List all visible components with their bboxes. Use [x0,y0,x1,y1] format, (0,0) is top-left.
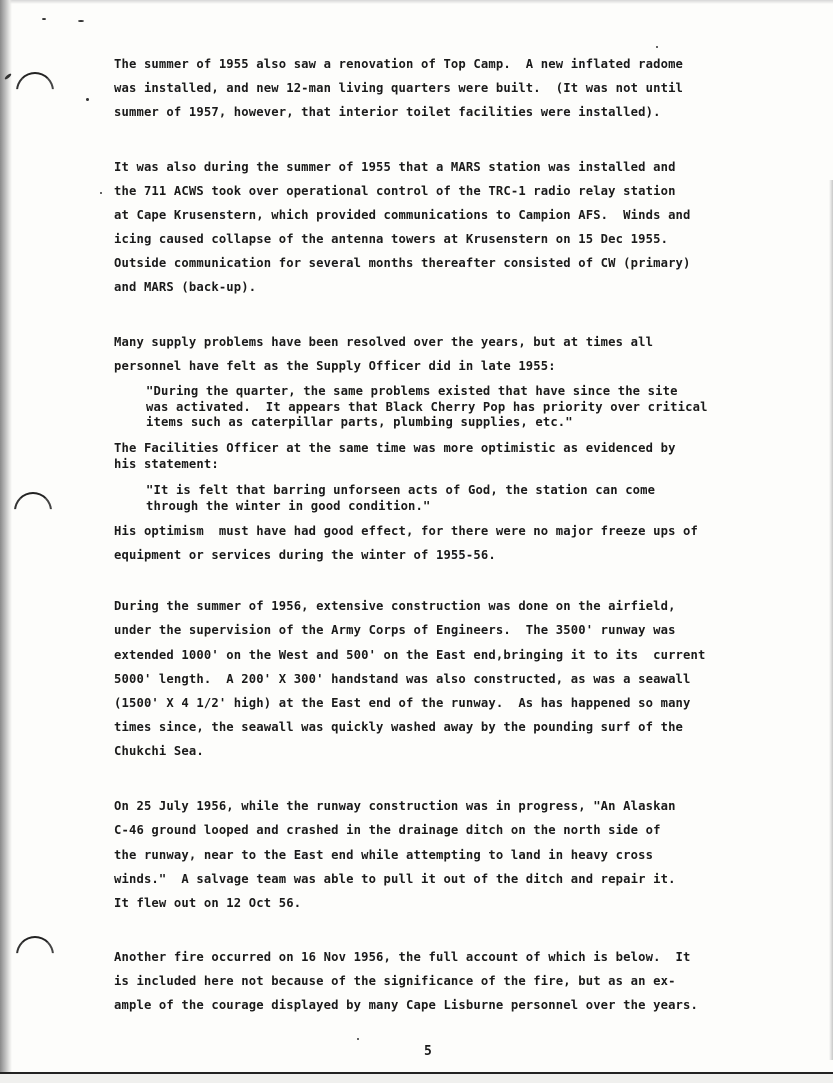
text-line: personnel have felt as the Supply Office… [114,359,556,373]
quote-line: "It is felt that barring unforseen acts … [146,483,655,497]
binder-hole-mark-middle [14,492,52,530]
text-line: Many supply problems have been resolved … [114,335,653,349]
scan-speck [42,18,46,20]
page-number: 5 [424,1044,432,1059]
binder-hole-mark-top [16,72,54,110]
text-line: ample of the courage displayed by many C… [114,998,698,1012]
text-line: icing caused collapse of the antenna tow… [114,232,668,246]
quote-line: through the winter in good condition." [146,499,431,513]
text-line: The Facilities Officer at the same time … [114,441,676,455]
scan-left-edge [0,0,12,1083]
quote-line: "During the quarter, the same problems e… [146,384,678,398]
text-line: 5000' length. A 200' X 300' handstand wa… [114,672,691,686]
text-line: the runway, near to the East end while a… [114,848,653,862]
scan-speck [78,20,84,22]
scan-speck [86,98,89,101]
quote-line: items such as caterpillar parts, plumbin… [146,415,573,429]
text-line: summer of 1957, however, that interior t… [114,105,661,119]
text-line: The summer of 1955 also saw a renovation… [114,57,683,71]
text-line: His optimism must have had good effect, … [114,524,698,538]
quote-line: was activated. It appears that Black Che… [146,400,708,414]
text-line: During the summer of 1956, extensive con… [114,599,676,613]
text-line: times since, the seawall was quickly was… [114,720,683,734]
scan-right-edge [829,180,833,1060]
text-line: Outside communication for several months… [114,256,691,270]
text-line: (1500' X 4 1/2' high) at the East end of… [114,696,691,710]
scan-top-edge [0,0,833,4]
text-line: It was also during the summer of 1955 th… [114,160,676,174]
text-line: extended 1000' on the West and 500' on t… [114,648,706,662]
text-line: at Cape Krusenstern, which provided comm… [114,208,691,222]
text-line: Chukchi Sea. [114,744,204,758]
text-line: the 711 ACWS took over operational contr… [114,184,676,198]
text-line: his statement: [114,457,219,471]
text-line: Another fire occurred on 16 Nov 1956, th… [114,950,691,964]
text-line: equipment or services during the winter … [114,548,496,562]
text-line: was installed, and new 12-man living qua… [114,81,683,95]
text-line: C-46 ground looped and crashed in the dr… [114,823,661,837]
scan-speck [357,1038,359,1040]
text-line: On 25 July 1956, while the runway constr… [114,799,676,813]
text-line: It flew out on 12 Oct 56. [114,896,301,910]
text-line: is included here not because of the sign… [114,974,676,988]
scan-speck [656,46,658,48]
scan-bottom-edge [0,1074,833,1083]
text-line: under the supervision of the Army Corps … [114,623,676,637]
scan-speck [100,192,102,194]
text-line: and MARS (back-up). [114,280,256,294]
text-line: winds." A salvage team was able to pull … [114,872,676,886]
binder-hole-mark-bottom [16,936,54,974]
